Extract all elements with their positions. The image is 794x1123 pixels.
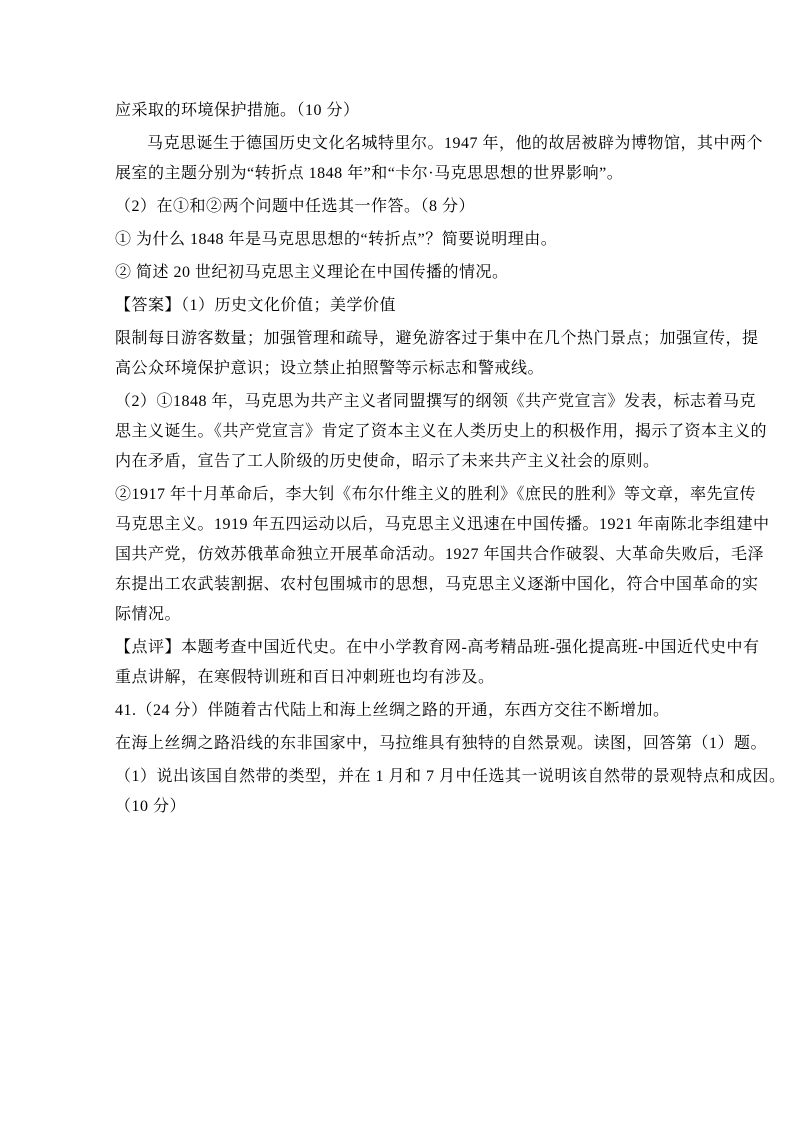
text-line: 在海上丝绸之路沿线的东非国家中，马拉维具有独特的自然景观。读图，回答第（1）题。 <box>115 729 700 759</box>
text-line: 应采取的环境保护措施。（10 分） <box>115 96 700 126</box>
para-q41-stem: 41.（24 分）伴随着古代陆上和海上丝绸之路的开通，东西方交往不断增加。 <box>115 696 700 726</box>
text-line: 马克思主义。1919 年五四运动以后，马克思主义迅速在中国传播。1921 年南陈… <box>115 510 700 540</box>
para-answer-1-measures: 限制每日游客数量；加强管理和疏导，避免游客过于集中在几个热门景点；加强宣传，提高… <box>115 324 700 384</box>
text-line: 展室的主题分别为“转折点 1848 年”和“卡尔·马克思思想的世界影响”。 <box>115 159 700 189</box>
text-line: 思主义诞生。《共产党宣言》肯定了资本主义在人类历史上的积极作用，揭示了资本主义的 <box>115 417 700 447</box>
text-line: 高公众环境保护意识；设立禁止拍照警等示标志和警戒线。 <box>115 354 700 384</box>
text-line: 限制每日游客数量；加强管理和疏导，避免游客过于集中在几个热门景点；加强宣传，提 <box>115 324 700 354</box>
document-page: 应采取的环境保护措施。（10 分）马克思诞生于德国历史文化名城特里尔。1947 … <box>0 0 794 1123</box>
para-q41-sub1: （1）说出该国自然带的类型，并在 1 月和 7 月中任选其一说明该自然带的景观特… <box>115 762 700 822</box>
text-line: 际情况。 <box>115 600 700 630</box>
para-marx-background: 马克思诞生于德国历史文化名城特里尔。1947 年，他的故居被辟为博物馆，其中两个… <box>115 129 700 189</box>
para-question-2: （2）在①和②两个问题中任选其一作答。（8 分） <box>115 192 700 222</box>
para-q40-continuation: 应采取的环境保护措施。（10 分） <box>115 96 700 126</box>
text-line: （10 分） <box>115 792 700 822</box>
text-line: 马克思诞生于德国历史文化名城特里尔。1947 年，他的故居被辟为博物馆，其中两个 <box>115 129 700 159</box>
text-line: ① 为什么 1848 年是马克思思想的“转折点”？简要说明理由。 <box>115 225 700 255</box>
text-line: 国共产党，仿效苏俄革命独立开展革命活动。1927 年国共合作破裂、大革命失败后，… <box>115 540 700 570</box>
text-line: （2）①1848 年，马克思为共产主义者同盟撰写的纲领《共产党宣言》发表，标志着… <box>115 387 700 417</box>
text-line: 重点讲解，在寒假特训班和百日冲刺班也均有涉及。 <box>115 663 700 693</box>
para-answer-2-2: ②1917 年十月革命后，李大钊《布尔什维主义的胜利》《庶民的胜利》等文章，率先… <box>115 480 700 630</box>
text-line: （1）说出该国自然带的类型，并在 1 月和 7 月中任选其一说明该自然带的景观特… <box>115 762 700 792</box>
para-answer-heading: 【答案】（1）历史文化价值；美学价值 <box>115 291 700 321</box>
text-line: （2）在①和②两个问题中任选其一作答。（8 分） <box>115 192 700 222</box>
para-option-1: ① 为什么 1848 年是马克思思想的“转折点”？简要说明理由。 <box>115 225 700 255</box>
para-answer-2-1: （2）①1848 年，马克思为共产主义者同盟撰写的纲领《共产党宣言》发表，标志着… <box>115 387 700 477</box>
para-comment: 【点评】本题考查中国近代史。在中小学教育网-高考精品班-强化提高班-中国近代史中… <box>115 633 700 693</box>
para-q41-context: 在海上丝绸之路沿线的东非国家中，马拉维具有独特的自然景观。读图，回答第（1）题。 <box>115 729 700 759</box>
text-line: ②1917 年十月革命后，李大钊《布尔什维主义的胜利》《庶民的胜利》等文章，率先… <box>115 480 700 510</box>
text-line: 【答案】（1）历史文化价值；美学价值 <box>115 291 700 321</box>
text-line: 【点评】本题考查中国近代史。在中小学教育网-高考精品班-强化提高班-中国近代史中… <box>115 633 700 663</box>
text-line: 内在矛盾，宣告了工人阶级的历史使命，昭示了未来共产主义社会的原则。 <box>115 447 700 477</box>
para-option-2: ② 简述 20 世纪初马克思主义理论在中国传播的情况。 <box>115 258 700 288</box>
document-text-block: 应采取的环境保护措施。（10 分）马克思诞生于德国历史文化名城特里尔。1947 … <box>115 96 700 822</box>
text-line: 东提出工农武装割据、农村包围城市的思想，马克思主义逐渐中国化，符合中国革命的实 <box>115 570 700 600</box>
text-line: ② 简述 20 世纪初马克思主义理论在中国传播的情况。 <box>115 258 700 288</box>
text-line: 41.（24 分）伴随着古代陆上和海上丝绸之路的开通，东西方交往不断增加。 <box>115 696 700 726</box>
